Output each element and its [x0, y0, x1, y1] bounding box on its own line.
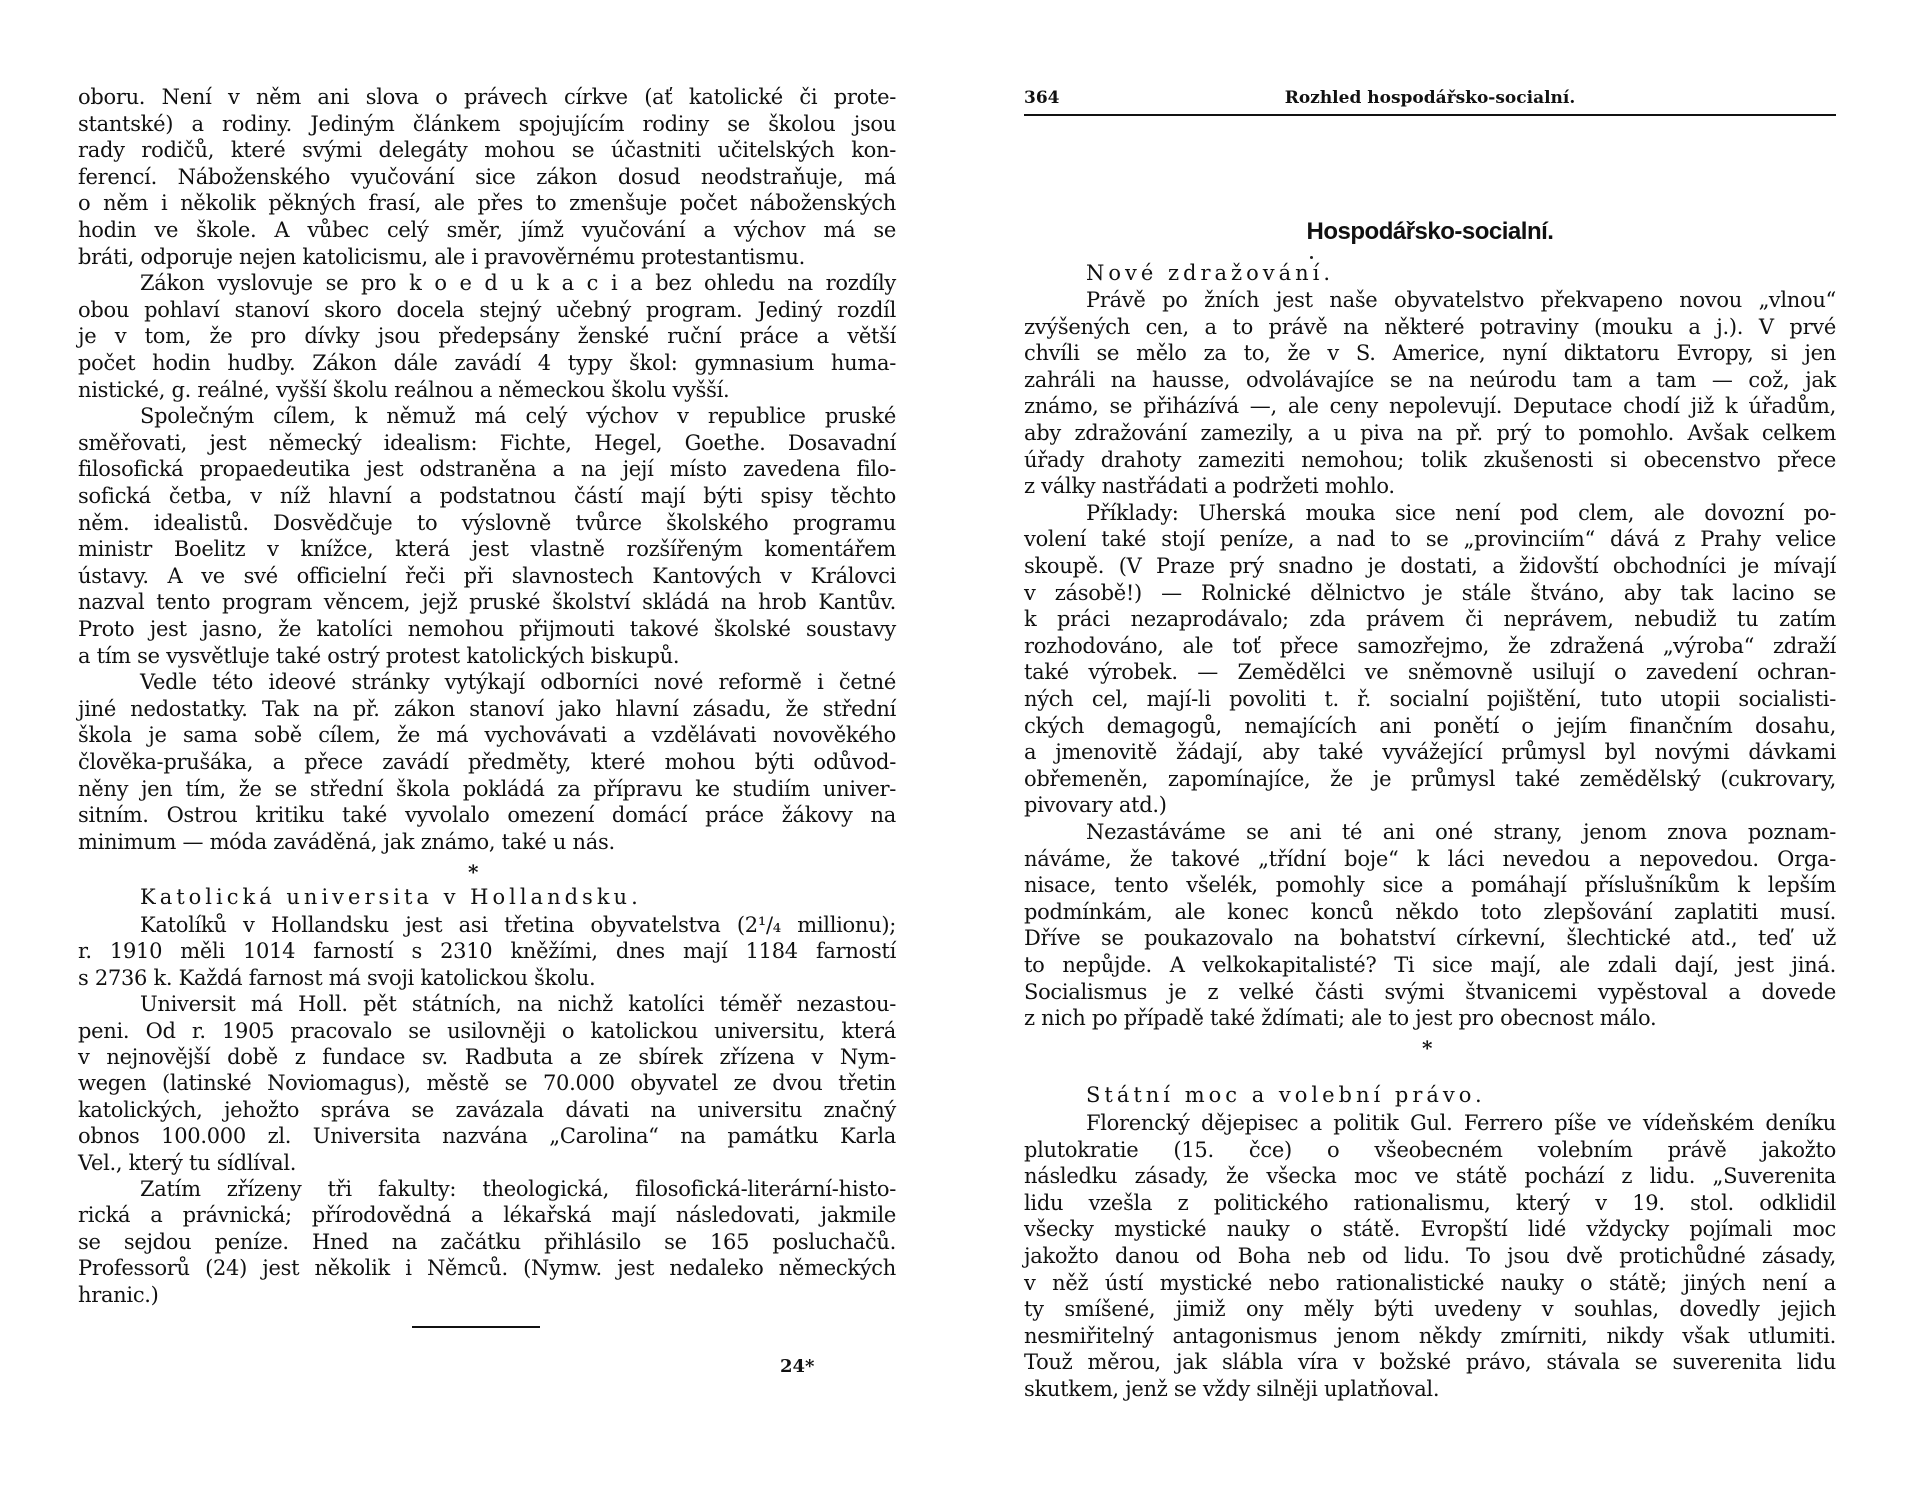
text-line: Vedle této ideové stránky vytýkají odbor… — [78, 669, 896, 695]
running-head-title: Rozhled hospodářsko-socialní. — [1024, 88, 1836, 108]
text-line: ckých demagogů, nemajících ani ponětí o … — [1024, 713, 1836, 739]
text-line: jiné nedostatky. Tak na př. zákon stanov… — [78, 696, 896, 722]
text-line: jakožto danou od Boha neb od lidu. To js… — [1024, 1243, 1836, 1269]
text-line: lidu vzešla z politického rationalismu, … — [1024, 1190, 1836, 1216]
text-line: oboru. Není v něm ani slova o právech cí… — [78, 84, 896, 110]
text-line: to nepůjde. A velkokapitalisté? Ti sice … — [1024, 952, 1836, 978]
text-line: následku zásady, že všecka moc ve státě … — [1024, 1163, 1836, 1189]
text-line: wegen (latinské Noviomagus), městě se 70… — [78, 1070, 896, 1096]
text-line: Právě po žních jest naše obyvatelstvo př… — [1024, 287, 1836, 313]
header-rule — [1024, 114, 1836, 116]
section-title: Hospodářsko-socialní. — [1024, 218, 1836, 246]
text-line: směřovati, jest německý idealism: Fichte… — [78, 430, 896, 456]
text-line: Proto jest jasno, že katolíci nemohou př… — [78, 616, 896, 642]
section-separator-asterisk: * — [468, 860, 478, 884]
text-line: škola je sama sobě cílem, že má vychováv… — [78, 722, 896, 748]
text-line: náváme, že takové „třídní boje“ k láci n… — [1024, 846, 1836, 872]
text-line: volení také stojí peníze, a nad to se „p… — [1024, 526, 1836, 552]
text-line: zahráli na hausse, odvolávajíce se na ne… — [1024, 367, 1836, 393]
text-line: plutokratie (15. čce) o všeobecném voleb… — [1024, 1137, 1836, 1163]
text-line: nesmiřitelný antagonismus jenom někdy zm… — [1024, 1323, 1836, 1349]
text-line: zvýšených cen, a to právě na některé pot… — [1024, 314, 1836, 340]
text-line: obnos 100.000 zl. Universita nazvána „Ca… — [78, 1123, 896, 1149]
text-line: s 2736 k. Každá farnost má svoji katolic… — [78, 965, 896, 991]
text-line: pivovary atd.) — [1024, 792, 1836, 818]
text-line: Nezastáváme se ani té ani oné strany, je… — [1024, 819, 1836, 845]
text-line: rady rodičů, které svými delegáty mohou … — [78, 137, 896, 163]
text-line: v nejnovější době z fundace sv. Radbuta … — [78, 1044, 896, 1070]
text-line: chvíli se mělo za to, že v S. Americe, n… — [1024, 340, 1836, 366]
text-line: filosofická propaedeutika jest odstraněn… — [78, 456, 896, 482]
ornament-dot — [1310, 256, 1313, 259]
text-line: v zásobě!) — Rolnické dělnictvo je stále… — [1024, 580, 1836, 606]
article-heading-nove-zdrazovani: Nové zdražování. — [1024, 260, 1836, 286]
text-line: minimum — móda zaváděná, jak známo, také… — [78, 829, 896, 855]
text-line: rická a právnická; přírodovědná a lékařs… — [78, 1202, 896, 1228]
text-line: také výrobek. — Zemědělci ve sněmovně us… — [1024, 659, 1836, 685]
signature-mark: 24* — [780, 1356, 814, 1377]
end-rule — [412, 1326, 540, 1328]
text-line: o něm i několik pěkných frasí, ale přes … — [78, 190, 896, 216]
text-line: aby zdražování zamezily, a u piva na př.… — [1024, 420, 1836, 446]
text-line: v něž ústí mystické nebo rationalistické… — [1024, 1270, 1836, 1296]
text-line: hranic.) — [78, 1282, 896, 1308]
text-line: a tím se vysvětluje také ostrý protest k… — [78, 643, 896, 669]
text-line: nistické, g. reálné, vyšší školu reálnou… — [78, 377, 896, 403]
text-line: Socialismus je z velké části svými štvan… — [1024, 979, 1836, 1005]
text-line: peni. Od r. 1905 pracovalo se usilovněji… — [78, 1018, 896, 1044]
text-line: stantské) a rodiny. Jediným článkem spoj… — [78, 111, 896, 137]
text-line: nazval tento program věncem, jejž pruské… — [78, 589, 896, 615]
text-line: ministr Boelitz v knížce, která jest vla… — [78, 536, 896, 562]
text-line: známo, se přiházívá —, ale ceny nepolevu… — [1024, 393, 1836, 419]
text-line: počet hodin hudby. Zákon dále zavádí 4 t… — [78, 350, 896, 376]
text-line: Professorů (24) jest několik i Němců. (N… — [78, 1255, 896, 1281]
text-line: hodin ve škole. A vůbec celý směr, jímž … — [78, 217, 896, 243]
text-line: sofická četba, v níž hlavní a podstatnou… — [78, 483, 896, 509]
text-line: se sejdou peníze. Hned na začátku přihlá… — [78, 1229, 896, 1255]
text-line: něny jen tím, že se střední škola poklád… — [78, 776, 896, 802]
text-line: obou pohlaví stanoví skoro docela stejný… — [78, 297, 896, 323]
text-line: Florencký dějepisec a politik Gul. Ferre… — [1024, 1110, 1836, 1136]
text-line: r. 1910 měli 1014 farností s 2310 kněžím… — [78, 938, 896, 964]
article-heading-statni-moc: Státní moc a volební právo. — [1024, 1082, 1836, 1108]
text-line: katolických, jehožto správa se zavázala … — [78, 1097, 896, 1123]
section-heading-katolicka-universita: Katolická universita v Hollandsku. — [78, 884, 896, 910]
text-line: ty smíšené, jimiž ony měly býti uvedeny … — [1024, 1296, 1836, 1322]
text-line: je v tom, že pro dívky jsou předepsány ž… — [78, 323, 896, 349]
text-line: Příklady: Uherská mouka sice není pod cl… — [1024, 500, 1836, 526]
text-line: obřemeněn, zapomínajíce, že je průmysl t… — [1024, 766, 1836, 792]
text-line: nisace, tento všelék, pomohly sice a pom… — [1024, 872, 1836, 898]
running-head: 364 Rozhled hospodářsko-socialní. — [1024, 88, 1836, 112]
text-line: Katolíků v Hollandsku jest asi třetina o… — [78, 912, 896, 938]
text-line: Zatím zřízeny tři fakulty: theologická, … — [78, 1176, 896, 1202]
text-line: ústavy. A ve své officielní řeči při sla… — [78, 563, 896, 589]
text-line: všecky mystické nauky o státě. Evropští … — [1024, 1216, 1836, 1242]
text-line: ferencí. Náboženského vyučování sice zák… — [78, 164, 896, 190]
text-line: a jmenovitě žádají, aby také vyvážející … — [1024, 739, 1836, 765]
text-line: Touž měrou, jak slábla víra v božské prá… — [1024, 1349, 1836, 1375]
text-line: něm. idealistů. Dosvědčuje to výslovně t… — [78, 510, 896, 536]
text-line: z nich po případě také ždímati; ale to j… — [1024, 1005, 1836, 1031]
text-line: ných cel, mají-li povoliti t. ř. socialn… — [1024, 686, 1836, 712]
text-line: Zákon vyslovuje se pro k o e d u k a c i… — [78, 270, 896, 296]
text-line: úřady drahoty zameziti nemohou; tolik zk… — [1024, 447, 1836, 473]
text-line: podmínkám, ale konec konců někdo toto zl… — [1024, 899, 1836, 925]
text-line: Vel., který tu sídlíval. — [78, 1150, 896, 1176]
article-separator-asterisk: * — [1422, 1036, 1432, 1060]
text-line: k práci nezaprodávalo; zda právem či nep… — [1024, 606, 1836, 632]
text-line: skoupě. (V Praze prý snadno je dostati, … — [1024, 553, 1836, 579]
text-line: skutkem, jenž se vždy silněji uplatňoval… — [1024, 1376, 1836, 1402]
text-line: Společným cílem, k němuž má celý výchov … — [78, 403, 896, 429]
text-line: člověka-prušáka, a přece zavádí předměty… — [78, 749, 896, 775]
text-line: z války nastřádati a podržeti mohlo. — [1024, 473, 1836, 499]
text-line: Universit má Holl. pět státních, na nich… — [78, 991, 896, 1017]
text-line: bráti, odporuje nejen katolicismu, ale i… — [78, 244, 896, 270]
text-line: sitním. Ostrou kritiku také vyvolalo ome… — [78, 802, 896, 828]
text-line: Dříve se poukazovalo na bohatství církev… — [1024, 925, 1836, 951]
text-line: rozhodováno, ale toť přece samozřejmo, ž… — [1024, 633, 1836, 659]
